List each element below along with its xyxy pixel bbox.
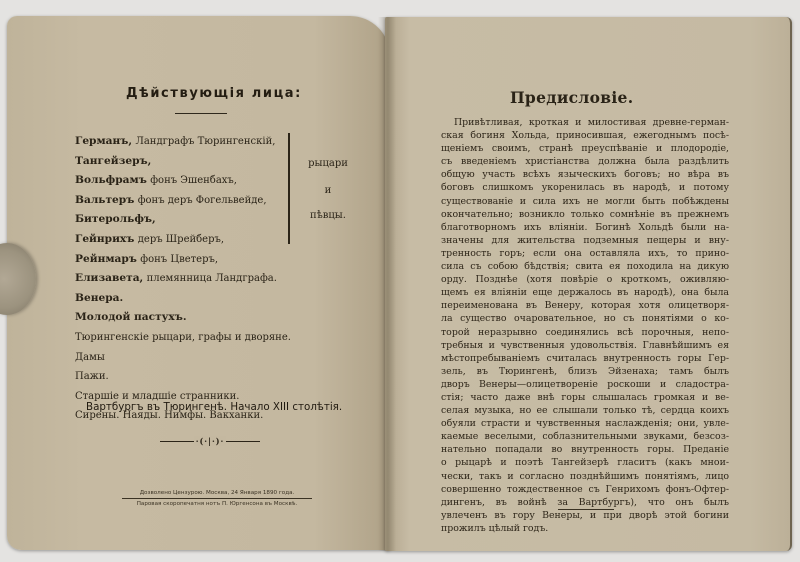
preface-line: торой неразрывно соединялись всѣ порочны… <box>441 326 729 339</box>
preface-line: селая музыка, но ее слышали только тѣ, с… <box>441 404 729 417</box>
preface-line: сила съ собою бѣдствія; свита ея походил… <box>441 260 729 273</box>
printer-line: Паровая скоропечатня нотъ П. Юргенсона в… <box>122 498 312 509</box>
preface-line: дворъ Венеры—олицетвореніе роскоши и сла… <box>441 378 729 391</box>
bracket-label-singers: пѣвцы. <box>298 210 358 221</box>
cast-item: Гейнрихъ деръ Шрейберъ, <box>75 230 295 250</box>
preface-line: Привѣтливая, кроткая и милостивая древне… <box>441 116 729 129</box>
preface-line: боговъ слишкомъ укоренилась въ народѣ, и… <box>441 181 729 194</box>
preface-line: о рыцарѣ и поэтѣ Тангейзерѣ гласитъ (как… <box>441 456 729 469</box>
bracket-label-knights: рыцари <box>298 158 358 169</box>
ornament-divider: ·(·|·)· <box>160 437 260 445</box>
preface-line: щеніемъ своимъ, странѣ преуспѣваніе и пл… <box>441 142 729 155</box>
preface-line: требныя и чувственныя удовольствія. Глав… <box>441 339 729 352</box>
heading-rule <box>175 113 227 114</box>
preface-line: общую участь всѣхъ языческихъ боговъ; но… <box>441 168 729 181</box>
preface-line: зель, въ Тюрингенѣ, близъ Эйзенаха; тамъ… <box>441 365 729 378</box>
preface-line: мѣстопребываніемъ считалась внутренность… <box>441 352 729 365</box>
preface-line: ла существо очаровательное, но съ поняті… <box>441 312 729 325</box>
cast-item: Вальтеръ фонъ деръ Фогельвейде, <box>75 191 295 211</box>
preface-text: Привѣтливая, кроткая и милостивая древне… <box>441 116 729 535</box>
setting-line: Вартбургъ въ Тюрингенѣ. Начало XIII стол… <box>86 401 356 413</box>
preface-line: стія; часто даже внѣ горы слышалась гром… <box>441 391 729 404</box>
minor-cast-item: Дамы <box>75 348 295 368</box>
cast-list: Германъ, Ландграфъ Тюрингенскій, Тангейз… <box>75 132 295 426</box>
cast-bracket <box>288 133 290 244</box>
preface-line: тренность горъ; если она оставляла ихъ, … <box>441 247 729 260</box>
preface-line: увлеченъ въ гору Венеры, и при дворѣ это… <box>441 509 729 522</box>
preface-line: совершенно тождественное съ Генрихомъ фо… <box>441 483 729 496</box>
imprint: Дозволено Цензурою. Москва, 24 Января 18… <box>122 489 312 509</box>
preface-line: чески, такъ и согласно позднѣйшимъ понят… <box>441 470 729 483</box>
cast-item: Германъ, Ландграфъ Тюрингенскій, <box>75 132 295 152</box>
bracket-label-and: и <box>298 185 358 196</box>
preface-line: окончательно; возникло только сомнѣніе в… <box>441 208 729 221</box>
minor-cast-item: Тюрингенскіе рыцари, графы и дворяне. <box>75 328 295 348</box>
preface-line: дингенъ, въ войнѣ за Вартбургъ), что онъ… <box>441 496 729 509</box>
preface-line: прожилъ цѣлый годъ. <box>441 522 729 535</box>
cast-item: Рейнмаръ фонъ Цветеръ, <box>75 250 295 270</box>
book-gutter <box>378 17 396 551</box>
preface-line: значены для жительства подземныя пещеры … <box>441 234 729 247</box>
preface-line: каемые веселыми, соблазнительными звукам… <box>441 430 729 443</box>
preface-line: съ введеніемъ христіанства должна была р… <box>441 155 729 168</box>
cast-item: Венера. <box>75 289 295 309</box>
minor-cast-item: Пажи. <box>75 367 295 387</box>
cast-item: Молодой пастухъ. <box>75 308 295 328</box>
preface-line: ская богиня Хольда, приносившая, ежегодн… <box>441 129 729 142</box>
cast-item: Битерольфъ, <box>75 210 295 230</box>
preface-heading: Предисловіе. <box>510 88 650 107</box>
cast-heading: Дѣйствующія лица: <box>126 86 306 101</box>
censor-line: Дозволено Цензурою. Москва, 24 Января 18… <box>122 489 312 498</box>
end-rule <box>558 509 614 510</box>
preface-line: обуяли страсти и чувственныя наслажденія… <box>441 417 729 430</box>
preface-line: существованіе и сила ихъ не могли быть п… <box>441 195 729 208</box>
preface-line: нательно попадали во внутренность горы. … <box>441 443 729 456</box>
preface-line: орду. Позднѣе (хотя повѣріе о кроткомъ, … <box>441 273 729 286</box>
preface-line: щемъ ея вліяніи еще держалось въ народѣ)… <box>441 286 729 299</box>
cast-item: Тангейзеръ, <box>75 152 295 172</box>
cast-item: Елизавета, племянница Ландграфа. <box>75 269 295 289</box>
preface-line: переименована въ Венеру, которая хотя ол… <box>441 299 729 312</box>
preface-line: благотворномъ ихъ вліяніи. Богинѣ Хольдѣ… <box>441 221 729 234</box>
cast-item: Вольфрамъ фонъ Эшенбахъ, <box>75 171 295 191</box>
